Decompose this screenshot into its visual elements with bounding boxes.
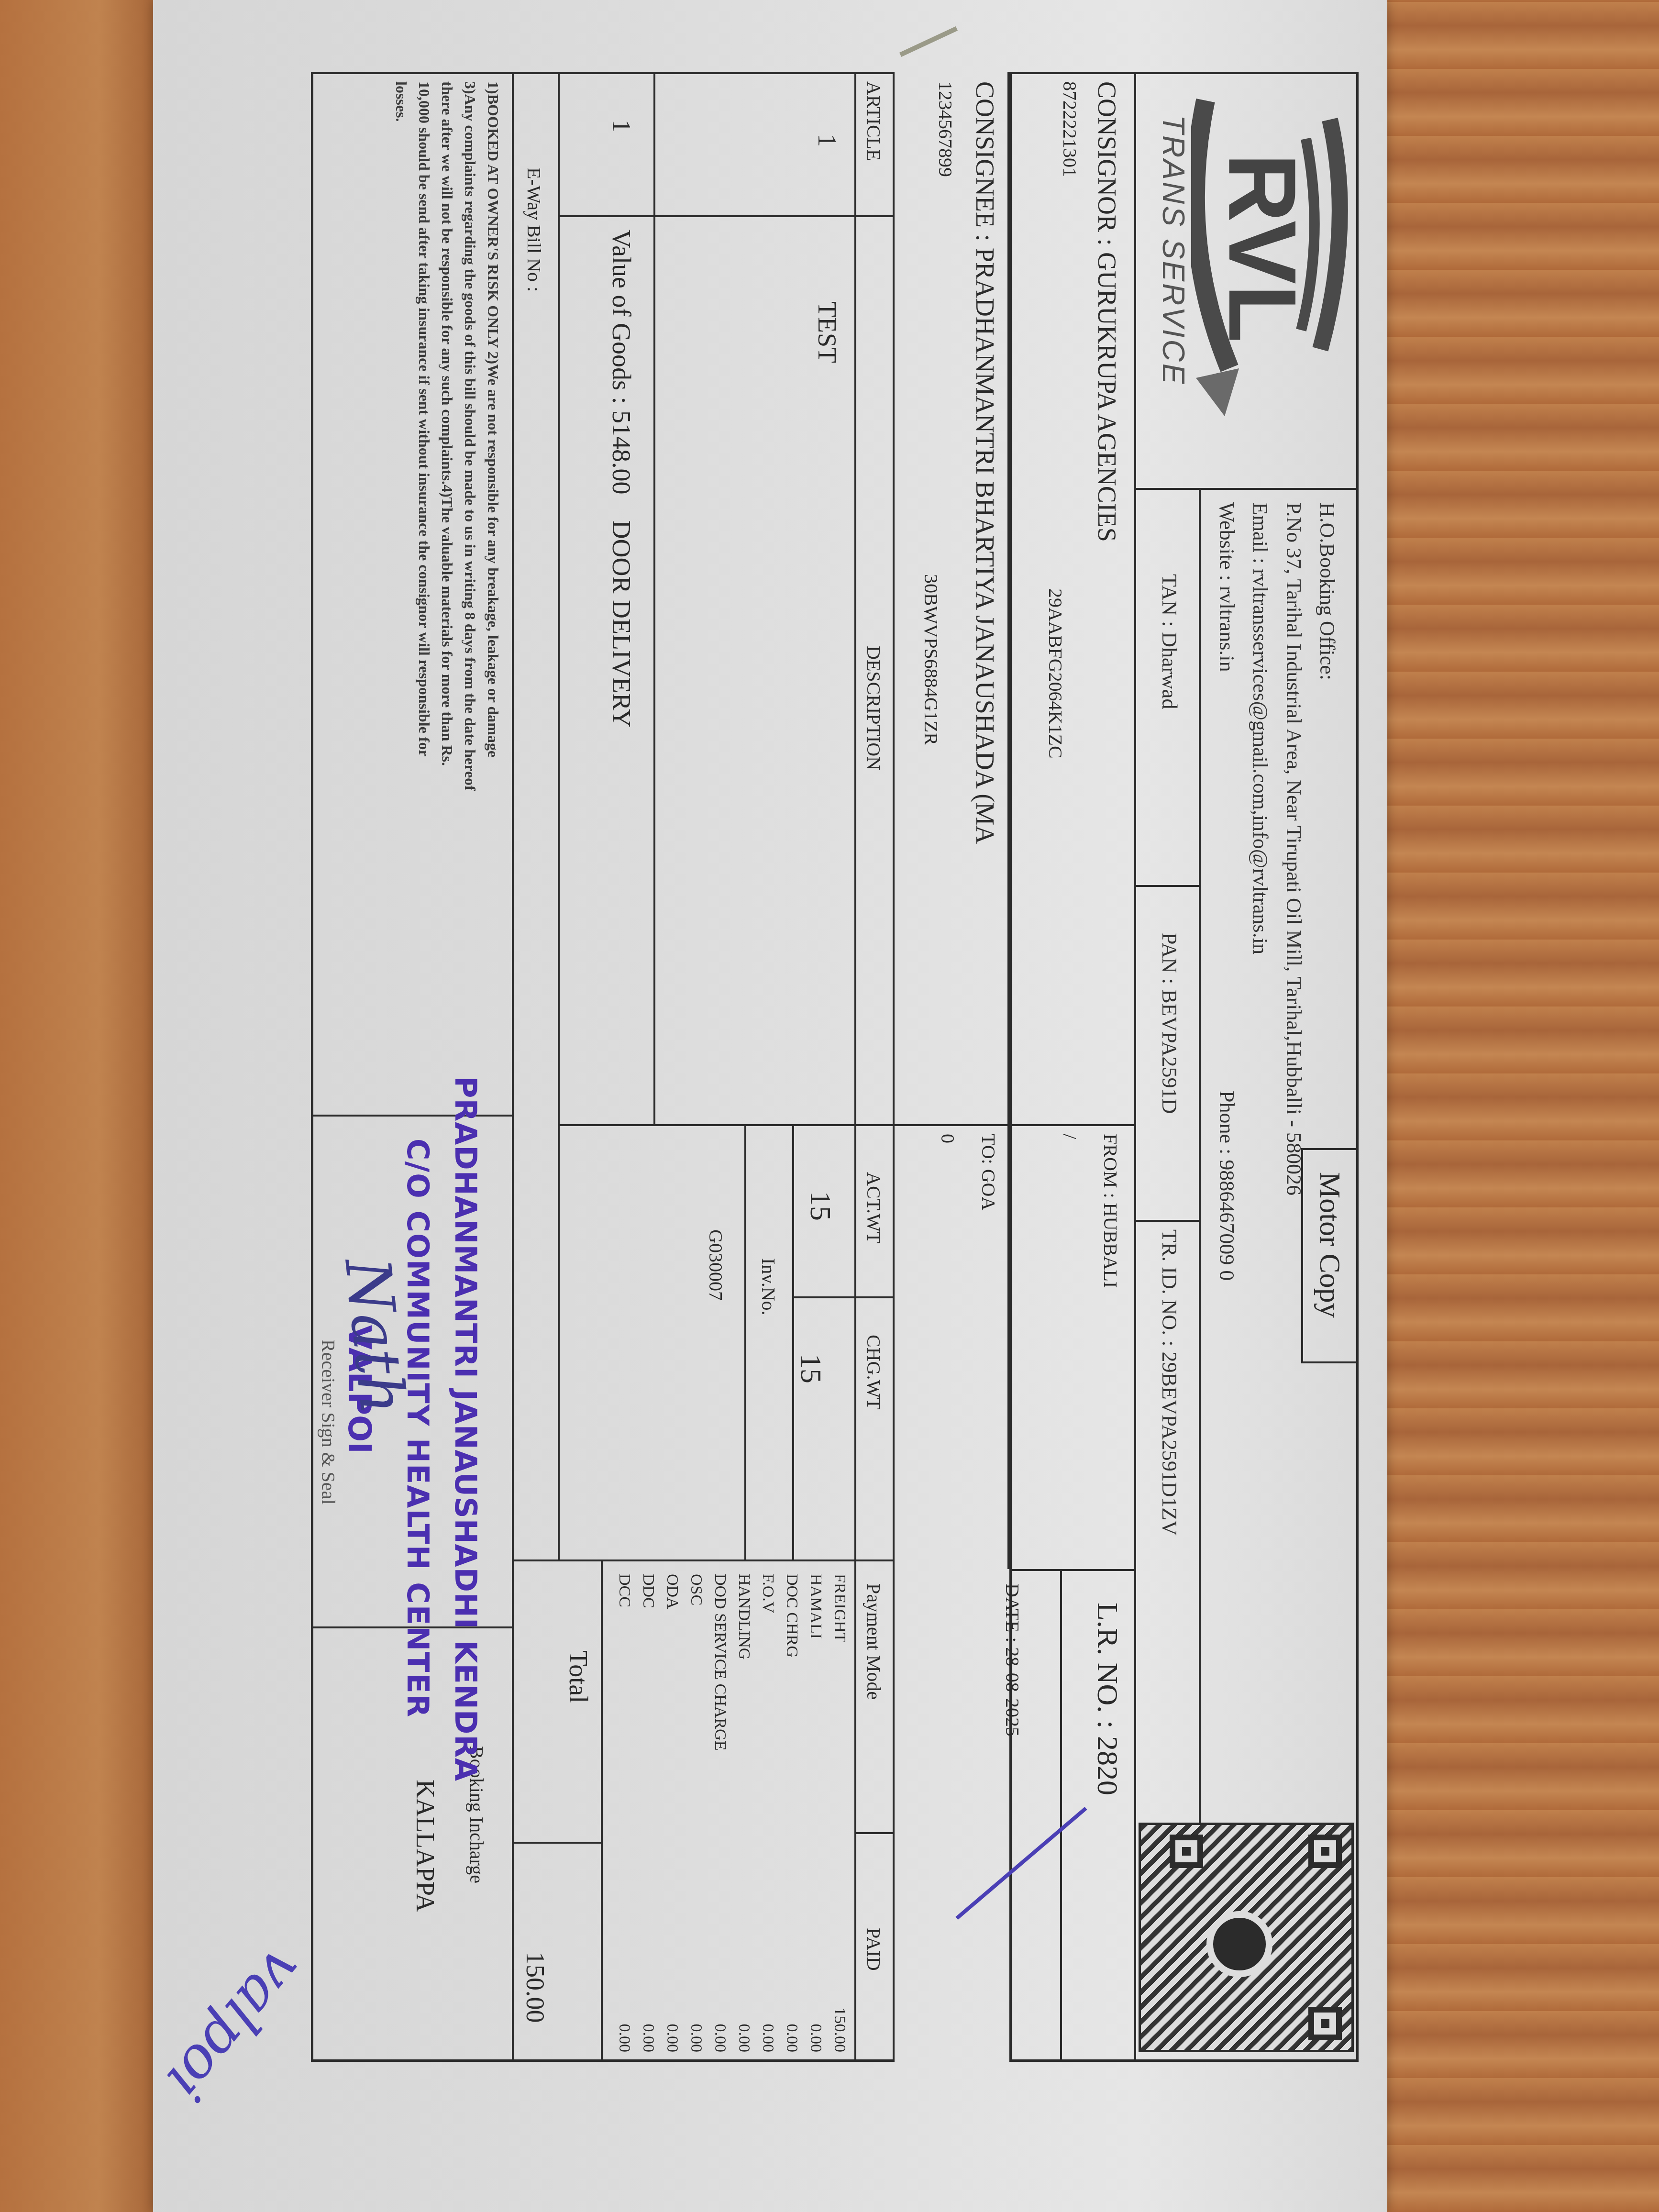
charge-amount: 0.00 [660, 2024, 684, 2053]
inv-label: Inv.No. [757, 1258, 780, 1316]
divider [1009, 1569, 1134, 1571]
terms-line: 1)BOOKED AT OWNER'S RISK ONLY 2)We are n… [482, 81, 505, 1134]
tr-id-number: TR. ID. NO. : 29BEVPA2591D1ZV [1157, 1229, 1182, 1536]
rvl-logo-icon: RVL [1191, 81, 1349, 474]
divider [792, 1124, 794, 1559]
divider [1134, 885, 1201, 887]
consignee-name: PRADHANMANTRI BHARTIYA JANAUSHADA (MA [971, 248, 999, 844]
charge-amount: 150.00 [828, 2008, 852, 2053]
charge-label: F.O.V [756, 1574, 780, 1613]
qr-finder-icon [1308, 1835, 1342, 1868]
divider [1007, 72, 1009, 1569]
col-act-wt: ACT.WT [863, 1172, 885, 1243]
col-description: DESCRIPTION [863, 646, 885, 770]
charge-amount: 0.00 [732, 2024, 756, 2053]
lr-date: DATE : 28-08-2025 [1001, 1583, 1024, 1736]
charge-label: DCC [612, 1574, 636, 1607]
consignor-label: CONSIGNOR : GURUKRUPA AGENCIES [1092, 81, 1122, 542]
row-act-wt: 15 [803, 1191, 837, 1221]
charge-label: ODA [660, 1574, 684, 1609]
charge-amount: 0.00 [636, 2024, 660, 2053]
consignor-name: GURUKRUPA AGENCIES [1093, 252, 1121, 542]
divider [655, 215, 895, 217]
charge-row: HAMALI0.00 [804, 1574, 828, 2052]
terms-line: 3)Any complaints regarding the goods of … [459, 81, 482, 1134]
consignor-phone: 8722221301 [1059, 81, 1081, 177]
consignee-label: CONSIGNEE : PRADHANMANTRI BHARTIYA JANAU… [970, 81, 1000, 844]
consignee-phone: 1234567899 [934, 81, 957, 177]
pen-tick-icon [947, 1803, 1091, 1928]
charge-row: DOC CHRG0.00 [780, 1574, 804, 2052]
charge-label: HANDLING [732, 1574, 756, 1659]
company-logo: RVL TRANS SERVICE [1191, 81, 1349, 474]
charge-row: ODA0.00 [660, 1574, 684, 2052]
divider [1134, 1220, 1201, 1222]
divider [512, 1842, 603, 1844]
row-chg-wt: 15 [794, 1354, 828, 1383]
charge-amount: 0.00 [708, 2024, 732, 2053]
consignee-gstin: 30BWVPS6884G1ZR [920, 574, 942, 745]
receiver-stamp-line1: PRADHANMANTRI JANAUSHADHI KENDRA [448, 1076, 483, 1781]
divider [653, 72, 655, 1124]
total-amount: 150.00 [520, 1952, 550, 2023]
receiver-stamp-line2: C/O COMMUNITY HEALTH CENTER [400, 1139, 435, 1718]
charge-row: OSC0.00 [684, 1574, 708, 2052]
charge-label: DDC [636, 1574, 660, 1608]
booking-incharge-name: KALLAPPA [410, 1780, 440, 1912]
svg-text:RVL: RVL [1209, 153, 1316, 343]
upi-logo-icon [1206, 1911, 1272, 1977]
pan-number: PAN : BEVPA2591D [1157, 933, 1182, 1114]
charge-row: FREIGHT150.00 [828, 1574, 852, 2052]
total-articles: 1 [607, 120, 636, 133]
lorry-receipt: RVL TRANS SERVICE H.O.Booking Office: P.… [282, 72, 1359, 2062]
divider [560, 1124, 895, 1126]
terms-line: 10,000 should be send after taking insur… [413, 81, 436, 1134]
charge-amount: 0.00 [756, 2024, 780, 2053]
terms-line: losses. [390, 81, 413, 1134]
payment-qr-code[interactable] [1139, 1823, 1354, 2052]
consignor-gstin: 29AABFG2064K1ZC [1044, 588, 1067, 759]
charges-list: FREIGHT150.00HAMALI0.00DOC CHRG0.00F.O.V… [612, 1574, 852, 2052]
to-extra: 0 [937, 1134, 959, 1143]
payment-mode-label: Payment Mode [863, 1583, 885, 1700]
eway-bill-label: E-Way Bill No : [523, 167, 545, 292]
charge-amount: 0.00 [684, 2024, 708, 2053]
charge-label: HAMALI [804, 1574, 828, 1639]
company-email: Email : rvltransservices@gmail.com,info@… [1248, 502, 1272, 954]
company-tagline: TRANS SERVICE [1156, 115, 1191, 386]
charge-label: DOC CHRG [780, 1574, 804, 1658]
divider [854, 1559, 856, 2062]
pencil-mark [899, 26, 958, 57]
terms-line: there after we will not be responsible f… [436, 81, 459, 1134]
divider [1199, 488, 1201, 1827]
inv-number: G030007 [705, 1229, 727, 1301]
divider [744, 1124, 746, 1559]
charge-amount: 0.00 [612, 2024, 636, 2053]
divider [512, 1559, 895, 1561]
to-location: TO: GOA [977, 1134, 1000, 1210]
charge-label: DOD SERVICE CHARGE [708, 1574, 732, 1750]
qr-finder-icon [1170, 1835, 1203, 1868]
charge-amount: 0.00 [780, 2024, 804, 2053]
receiver-label: Receiver Sign & Seal [317, 1339, 340, 1504]
divider [856, 1832, 895, 1834]
wood-background [1362, 0, 1659, 2212]
qr-finder-icon [1308, 2007, 1342, 2040]
divider [558, 72, 560, 1559]
col-chg-wt: CHG.WT [863, 1335, 885, 1410]
row-description: TEST [812, 301, 842, 363]
from-location: FROM : HUBBALI [1099, 1134, 1122, 1288]
company-website: Website : rvltrans.in [1215, 502, 1239, 672]
office-heading: H.O.Booking Office: [1315, 502, 1339, 680]
total-label: Total [564, 1650, 593, 1703]
charge-row: HANDLING0.00 [732, 1574, 756, 2052]
terms-conditions: 1)BOOKED AT OWNER'S RISK ONLY 2)We are n… [390, 81, 505, 1134]
charge-label: OSC [684, 1574, 708, 1605]
charge-row: DOD SERVICE CHARGE0.00 [708, 1574, 732, 2052]
company-phone: Phone : 9886467009 0 [1215, 1091, 1239, 1281]
charge-label: FREIGHT [828, 1574, 852, 1643]
charge-row: DCC0.00 [612, 1574, 636, 2052]
divider [794, 1296, 895, 1298]
divider [560, 215, 655, 217]
tan-number: TAN : Dharwad [1157, 574, 1182, 709]
company-address: P.No 37, Tarihal Industrial Area, Near T… [1282, 502, 1306, 1195]
from-extra: / [1059, 1134, 1081, 1139]
charge-amount: 0.00 [804, 2024, 828, 2053]
divider [1134, 488, 1359, 490]
value-of-goods: Value of Goods : 5148.00 DOOR DELIVERY [607, 230, 636, 728]
divider [601, 1559, 603, 2062]
divider [895, 1124, 1134, 1126]
col-article: ARTICLE [863, 81, 885, 161]
lr-number: L.R. NO. : 2820 [1090, 1603, 1124, 1795]
charge-row: F.O.V0.00 [756, 1574, 780, 2052]
charge-row: DDC0.00 [636, 1574, 660, 2052]
copy-label: Motor Copy [1313, 1172, 1347, 1318]
payment-mode: PAID [863, 1928, 885, 1971]
divider [854, 72, 856, 1559]
row-article: 1 [812, 134, 842, 147]
delivery-type: DOOR DELIVERY [607, 520, 636, 727]
